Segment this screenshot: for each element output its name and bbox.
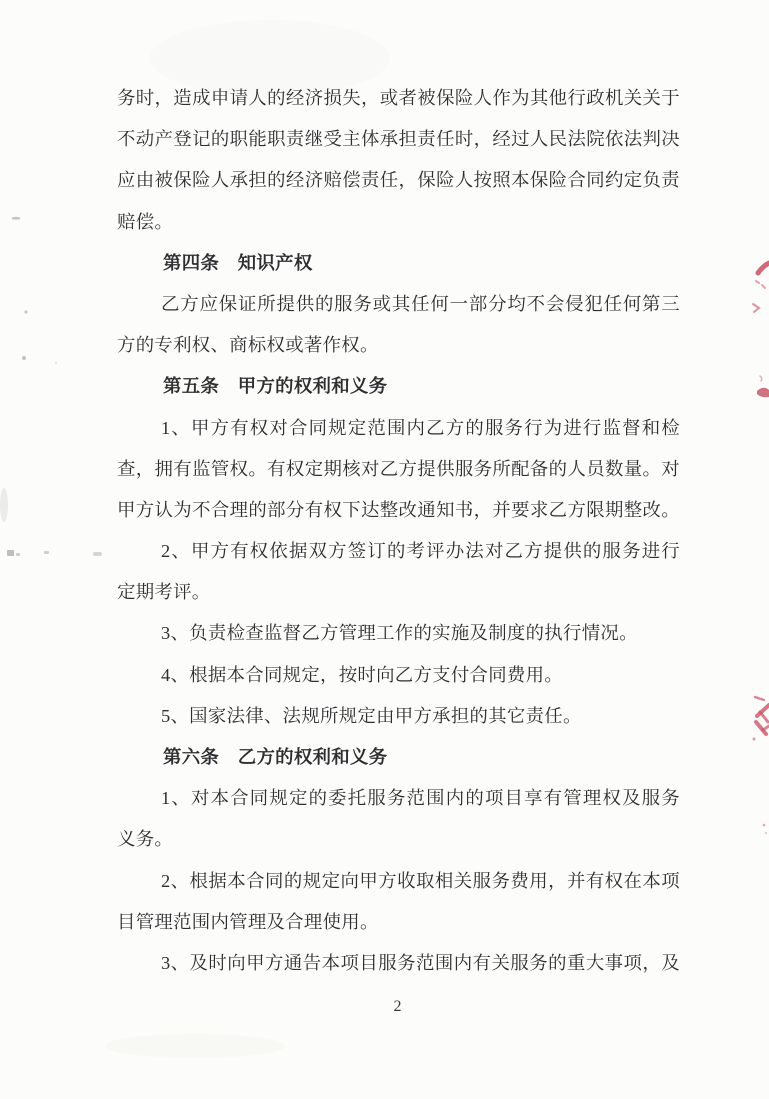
- page-number: 2: [0, 996, 769, 1018]
- seal-fragment-middle: [753, 697, 769, 741]
- text-line: 应由被保险人承担的经济赔偿责任，保险人按照本保险合同约定负责: [117, 160, 680, 201]
- text-line: 甲方认为不合理的部分有权下达整改通知书，并要求乙方限期整改。: [117, 490, 680, 531]
- text-line: 方的专利权、商标权或著作权。: [117, 325, 680, 366]
- scan-specks: [0, 217, 102, 556]
- section-heading-article-4: 第四条 知识产权: [117, 243, 680, 284]
- text-line: 5、国家法律、法规所规定由甲方承担的其它责任。: [117, 696, 680, 737]
- text-line: 1、甲方有权对合同规定范围内乙方的服务行为进行监督和检: [117, 408, 680, 449]
- text-line: 3、负责检查监督乙方管理工作的实施及制度的执行情况。: [117, 613, 680, 654]
- seal-fragment-upper: [753, 263, 769, 397]
- text-line: 不动产登记的职能职责继受主体承担责任时，经过人民法院依法判决: [117, 119, 680, 160]
- text-line: 赔偿。: [117, 202, 680, 243]
- text-line: 目管理范围内管理及合理使用。: [117, 902, 680, 943]
- text-line: 乙方应保证所提供的服务或其任何一部分均不会侵犯任何第三: [117, 284, 680, 325]
- text-line: 查，拥有监管权。有权定期核对乙方提供服务所配备的人员数量。对: [117, 449, 680, 490]
- text-line: 务时，造成申请人的经济损失，或者被保险人作为其他行政机关关于: [117, 78, 680, 119]
- contract-text-block: 务时，造成申请人的经济损失，或者被保险人作为其他行政机关关于 不动产登记的职能职…: [117, 78, 680, 984]
- text-line: 2、根据本合同的规定向甲方收取相关服务费用，并有权在本项: [117, 861, 680, 902]
- text-line: 1、对本合同规定的委托服务范围内的项目享有管理权及服务: [117, 778, 680, 819]
- section-heading-article-6: 第六条 乙方的权利和义务: [117, 737, 680, 778]
- section-heading-article-5: 第五条 甲方的权利和义务: [117, 366, 680, 407]
- seal-speck: [763, 824, 767, 834]
- text-line: 定期考评。: [117, 572, 680, 613]
- text-line: 义务。: [117, 819, 680, 860]
- text-line: 3、及时向甲方通告本项目服务范围内有关服务的重大事项，及: [117, 943, 680, 984]
- text-line: 4、根据本合同规定，按时向乙方支付合同费用。: [117, 655, 680, 696]
- text-line: 2、甲方有权依据双方签订的考评办法对乙方提供的服务进行: [117, 531, 680, 572]
- scanned-contract-page: 务时，造成申请人的经济损失，或者被保险人作为其他行政机关关于 不动产登记的职能职…: [0, 0, 769, 1099]
